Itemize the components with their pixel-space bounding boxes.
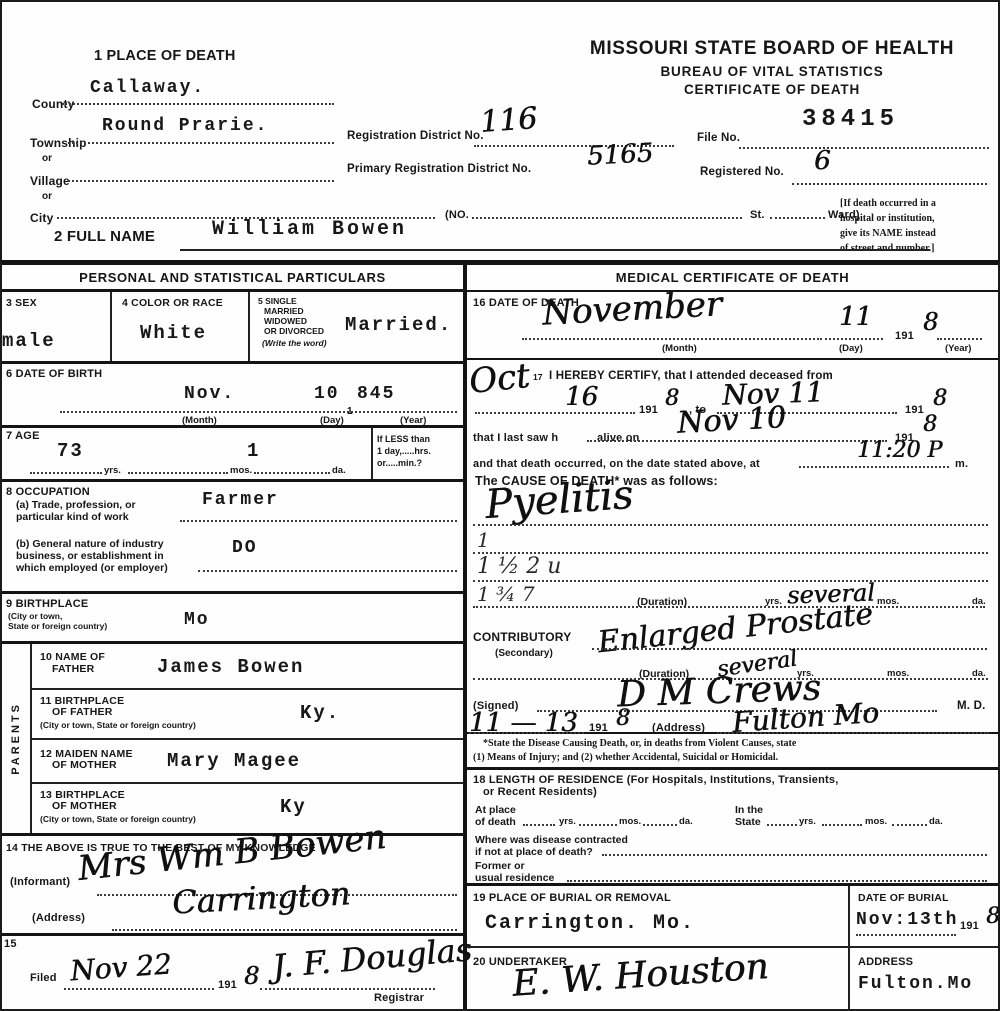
death-year-line (937, 338, 982, 340)
village-line (68, 180, 334, 182)
filed-number: 15 (4, 938, 17, 950)
occupation-a-line2: particular kind of work (16, 511, 129, 523)
street-no-line (472, 217, 742, 219)
in-state-yrs-line (767, 824, 797, 826)
less-than-line1: If LESS than (377, 434, 430, 444)
father-birthplace-hint: (City or town, State or foreign country) (40, 720, 196, 730)
in-state-mos-caption: mos. (865, 816, 887, 827)
death-month-caption: (Month) (662, 343, 697, 354)
father-name-row: 10 NAME OF FATHER James Bowen (32, 644, 463, 690)
burial-place-value: Carrington. Mo. (485, 912, 695, 935)
medical-title: MEDICAL CERTIFICATE OF DEATH (467, 265, 998, 292)
physician-address-label: (Address) (652, 722, 705, 734)
contributory-block: CONTRIBUTORY Enlarged Prostate (Secondar… (467, 614, 998, 734)
age-row: 7 AGE 73 1 yrs. mos. da. If LESS than 1 … (2, 428, 463, 482)
birth-day-value: 10 (314, 384, 340, 404)
birth-month-value: Nov. (184, 384, 235, 404)
informant-address-label: (Address) (32, 912, 85, 924)
registered-no-line (792, 183, 987, 185)
former-residence-line (567, 880, 987, 882)
filed-date-handwritten: Nov 22 (69, 950, 172, 985)
cause-duration-da-caption: da. (972, 596, 986, 607)
death-month-line (522, 338, 822, 340)
cause-line-1 (473, 524, 988, 526)
death-day-line (825, 338, 883, 340)
full-name-line (180, 249, 930, 251)
marital-value: Married. (345, 314, 452, 336)
at-place-da-caption: da. (679, 816, 693, 827)
street-no-label: (NO. (445, 209, 469, 221)
signed-year-handwritten: 8 (616, 708, 630, 730)
parents-rows: 10 NAME OF FATHER James Bowen 11 BIRTHPL… (32, 644, 463, 833)
in-state-line1: In the (735, 804, 763, 816)
age-months-line (128, 472, 228, 474)
township-value: Round Prarie. (102, 116, 268, 136)
informant-address-line (112, 929, 457, 931)
registered-no-label: Registered No. (700, 166, 784, 178)
cause-scribble-3: 1 ¾ 7 (477, 584, 535, 604)
attended-from-day-handwritten: 16 (565, 384, 598, 410)
burial-year-printed: 191 (960, 920, 979, 932)
burial-block: 19 PLACE OF BURIAL OR REMOVAL Carrington… (467, 886, 998, 1011)
birthplace-hint-line2: State or foreign country) (8, 621, 107, 631)
cause-of-death-block: The CAUSE OF DEATH* was as follows: Pyel… (467, 472, 998, 614)
death-year-handwritten: 8 (923, 310, 938, 334)
burial-place-cell: 19 PLACE OF BURIAL OR REMOVAL Carrington… (467, 886, 848, 946)
death-certificate-page: 1 PLACE OF DEATH County Callaway. Townsh… (0, 0, 1000, 1011)
birth-month-caption: (Month) (182, 415, 217, 426)
occupation-b-value: DO (232, 538, 258, 558)
birth-year-caption: (Year) (400, 415, 426, 426)
race-label: 4 COLOR OR RACE (122, 297, 223, 309)
date-of-birth-label: 6 DATE OF BIRTH (6, 368, 102, 380)
cause-scribble-2: 1 ½ 2 u (477, 556, 561, 578)
org-title: MISSOURI STATE BOARD OF HEALTH (547, 38, 997, 60)
hospital-note-line3: give its NAME instead (840, 226, 936, 241)
or-label-2: or (42, 191, 52, 202)
burial-place-label: 19 PLACE OF BURIAL OR REMOVAL (473, 892, 671, 904)
at-place-line2: of death (475, 816, 516, 828)
burial-date-value: Nov:13th (856, 910, 958, 930)
marital-label-line2: MARRIED (264, 306, 304, 316)
occupation-a-line1: (a) Trade, profession, or (16, 499, 136, 511)
footnote-block: *State the Disease Causing Death, or, in… (467, 734, 998, 770)
occupation-b-line1: (b) General nature of industry (16, 538, 164, 550)
age-days-line (254, 472, 330, 474)
burial-date-line (856, 934, 956, 936)
last-saw-label2: alive on (597, 432, 640, 444)
filed-date-line (64, 988, 214, 990)
occupation-label: 8 OCCUPATION (6, 486, 90, 498)
footnote-line2: (1) Means of Injury; and (2) whether Acc… (473, 752, 778, 763)
in-state-mos-line (822, 824, 862, 826)
cause-scribble-1: 1 (477, 530, 490, 550)
certify-number: 17 (533, 372, 542, 382)
contributory-mos-caption: mos. (887, 668, 909, 679)
contributory-da-caption: da. (972, 668, 986, 679)
birth-year-value: 845 (357, 384, 395, 404)
file-no-label: File No. (697, 132, 740, 144)
death-occurred-end-label: m. (955, 458, 968, 470)
last-saw-year-handwritten: 8 (923, 414, 937, 436)
md-label: M. D. (957, 700, 985, 712)
village-label: Village (30, 174, 70, 188)
main-section: PERSONAL AND STATISTICAL PARTICULARS 3 S… (2, 265, 998, 1011)
filed-block: 15 Filed Nov 22 191 8 J. F. Douglas Regi… (2, 936, 463, 1011)
township-line (68, 142, 334, 144)
death-day-caption: (Day) (839, 343, 863, 354)
undertaker-address-value: Fulton.Mo (858, 974, 973, 994)
registrar-line (260, 988, 435, 990)
undertaker-address-label: ADDRESS (858, 956, 913, 968)
street-label: St. (750, 209, 765, 221)
in-state-yrs-caption: yrs. (799, 816, 816, 827)
occupation-a-value: Farmer (202, 490, 279, 510)
occupation-a-line (180, 520, 457, 522)
last-saw-label1: that I last saw h (473, 432, 558, 444)
burial-date-label: DATE OF BURIAL (858, 892, 949, 904)
registrar-signature: J. F. Douglas (271, 933, 473, 982)
death-day-handwritten: 11 (839, 304, 872, 330)
birthplace-value: Mo (184, 610, 210, 630)
death-time-line (799, 466, 949, 468)
age-years-caption: yrs. (104, 465, 121, 476)
street-line (770, 217, 825, 219)
attended-to-year-printed: 191 (905, 404, 924, 416)
at-place-line1: At place (475, 804, 516, 816)
burial-row2: 20 UNDERTAKER E. W. Houston ADDRESS Fult… (467, 948, 998, 1011)
mother-birthplace-hint: (City or town, State or foreign country) (40, 814, 196, 824)
or-label-1: or (42, 153, 52, 164)
date-of-birth-row: 6 DATE OF BIRTH Nov. 10 1 845 (Month) (D… (2, 364, 463, 428)
attended-from-month-handwritten: Oct (467, 359, 531, 399)
filed-year-printed: 191 (218, 979, 237, 991)
former-residence-line2: usual residence (475, 872, 554, 884)
footnote-line1: *State the Disease Causing Death, or, in… (483, 738, 796, 749)
doc-type-title: CERTIFICATE OF DEATH (547, 82, 997, 97)
father-birthplace-row: 11 BIRTHPLACE OF FATHER (City or town, S… (32, 690, 463, 740)
in-state-da-line (892, 824, 927, 826)
county-line (62, 103, 334, 105)
at-place-mos-caption: mos. (619, 816, 641, 827)
last-saw-date-handwritten: Nov 10 (676, 403, 786, 439)
parents-block: PARENTS 10 NAME OF FATHER James Bowen 11… (2, 644, 463, 836)
contributory-label: CONTRIBUTORY (473, 630, 571, 644)
occupation-b-line2: business, or establishment in (16, 550, 164, 562)
birthplace-label: 9 BIRTHPLACE (6, 598, 88, 610)
age-years-line (30, 472, 102, 474)
hospital-note: [If death occurred in a hospital or inst… (840, 196, 936, 256)
cause-line-3 (473, 580, 988, 582)
in-state-line2: State (735, 816, 761, 828)
registration-district-value: 116 (479, 104, 538, 138)
mother-name-value: Mary Magee (167, 750, 301, 772)
file-no-line (739, 147, 989, 149)
mother-birthplace-value: Ky (280, 796, 307, 818)
attended-to-year-handwritten: 8 (933, 388, 947, 410)
age-less-than-cell: If LESS than 1 day,.....hrs. or.....min.… (371, 428, 463, 479)
registration-district-label: Registration District No. (347, 130, 484, 142)
death-month-handwritten: November (541, 287, 722, 330)
father-name-label-line2: FATHER (52, 663, 94, 675)
at-place-mos-line (579, 824, 617, 826)
age-months-caption: mos. (230, 465, 252, 476)
undertaker-cell: 20 UNDERTAKER E. W. Houston (467, 948, 848, 1011)
date-of-death-row: 16 DATE OF DEATH November 11 191 8 (Mont… (467, 292, 998, 360)
secondary-label: (Secondary) (495, 648, 553, 659)
medical-column: MEDICAL CERTIFICATE OF DEATH 16 DATE OF … (467, 265, 998, 1011)
marital-cell: 5 SINGLE MARRIED WIDOWED OR DIVORCED (Wr… (250, 292, 463, 361)
top-section: 1 PLACE OF DEATH County Callaway. Townsh… (2, 2, 998, 265)
cause-of-death-value: Pyelitis (484, 475, 635, 525)
hospital-note-line1: [If death occurred in a (840, 196, 936, 211)
informant-address-signature: Carrington (171, 877, 351, 918)
informant-label: (Informant) (10, 876, 70, 888)
city-label: City (30, 211, 53, 225)
death-occurred-label: and that death occurred, on the date sta… (473, 458, 760, 470)
occupation-row: 8 OCCUPATION (a) Trade, profession, or p… (2, 482, 463, 594)
birthplace-row: 9 BIRTHPLACE (City or town, State or for… (2, 594, 463, 644)
attended-from-year-printed: 191 (639, 404, 658, 416)
race-cell: 4 COLOR OR RACE White (110, 292, 250, 361)
age-months-value: 1 (247, 440, 260, 462)
signed-year-printed: 191 (589, 722, 608, 734)
full-name-value: William Bowen (212, 218, 407, 241)
informant-block: 14 THE ABOVE IS TRUE TO THE BEST OF MY K… (2, 836, 463, 936)
father-birthplace-value: Ky. (300, 702, 340, 724)
occupation-b-line3: which employed (or employer) (16, 562, 168, 574)
hospital-note-line2: hospital or institution, (840, 211, 936, 226)
less-than-line2: 1 day,.....hrs. (377, 446, 431, 456)
at-place-yrs-caption: yrs. (559, 816, 576, 827)
full-name-label: 2 FULL NAME (54, 228, 155, 245)
file-no-value: 38415 (802, 106, 899, 133)
cause-duration-line (473, 606, 985, 608)
burial-row1: 19 PLACE OF BURIAL OR REMOVAL Carrington… (467, 886, 998, 948)
mother-birthplace-label-line2: OF MOTHER (52, 800, 117, 812)
birthplace-hint-line1: (City or town, (8, 611, 62, 621)
filed-label: Filed (30, 972, 57, 984)
certify-block: Oct 17 I HEREBY CERTIFY, that I attended… (467, 360, 998, 472)
birth-day-caption: (Day) (320, 415, 344, 426)
less-than-line3: or.....min.? (377, 458, 422, 468)
masthead: MISSOURI STATE BOARD OF HEALTH BUREAU OF… (547, 38, 997, 97)
mother-birthplace-row: 13 BIRTHPLACE OF MOTHER (City or town, S… (32, 784, 463, 833)
contracted-line (602, 854, 987, 856)
mother-name-label-line2: OF MOTHER (52, 759, 117, 771)
burial-year-handwritten: 8 (986, 906, 1000, 928)
parents-side-strip: PARENTS (2, 644, 32, 833)
residence-label-line1: 18 LENGTH OF RESIDENCE (For Hospitals, I… (473, 774, 838, 786)
father-name-label-line1: 10 NAME OF (40, 651, 105, 663)
marital-label-line4: OR DIVORCED (264, 326, 324, 336)
county-value: Callaway. (90, 78, 205, 98)
age-label: 7 AGE (6, 430, 40, 442)
attended-from-line (475, 412, 635, 414)
former-residence-line1: Former or (475, 860, 525, 872)
burial-date-cell: DATE OF BURIAL Nov:13th 191 8 (848, 886, 998, 946)
marital-hint: (Write the word) (262, 338, 327, 348)
birth-line (60, 411, 457, 413)
primary-district-label: Primary Registration District No. (347, 163, 531, 175)
at-place-yrs-line (523, 824, 555, 826)
occupation-b-line (198, 570, 457, 572)
age-days-caption: da. (332, 465, 346, 476)
place-of-death-heading: 1 PLACE OF DEATH (94, 48, 236, 64)
death-year-printed: 191 (895, 330, 914, 342)
personal-title: PERSONAL AND STATISTICAL PARTICULARS (2, 265, 463, 292)
bureau-title: BUREAU OF VITAL STATISTICS (547, 64, 997, 79)
father-name-value: James Bowen (157, 656, 304, 678)
personal-column: PERSONAL AND STATISTICAL PARTICULARS 3 S… (2, 265, 467, 1011)
sex-race-marital-row: 3 SEX male 4 COLOR OR RACE White 5 SINGL… (2, 292, 463, 364)
parents-side-label: PARENTS (10, 702, 22, 775)
sex-cell: 3 SEX male (2, 292, 110, 361)
father-birthplace-label-line2: OF FATHER (52, 706, 113, 718)
race-value: White (140, 322, 207, 344)
mother-name-row: 12 MAIDEN NAME OF MOTHER Mary Magee (32, 740, 463, 784)
sex-label: 3 SEX (6, 297, 37, 309)
in-state-da-caption: da. (929, 816, 943, 827)
marital-label-line3: WIDOWED (264, 316, 307, 326)
registered-no-value: 6 (814, 148, 831, 174)
primary-district-value: 5165 (586, 140, 653, 169)
age-years-value: 73 (57, 440, 84, 462)
sex-value: male (2, 330, 56, 352)
death-time-handwritten: 11:20 P (857, 440, 942, 462)
residence-block: 18 LENGTH OF RESIDENCE (For Hospitals, I… (467, 770, 998, 886)
contracted-line1: Where was disease contracted (475, 834, 628, 846)
residence-label-line2: or Recent Residents) (483, 786, 597, 798)
filed-year-handwritten: 8 (244, 964, 259, 988)
death-year-caption: (Year) (945, 343, 971, 354)
cause-duration-label: (Duration) (637, 596, 687, 608)
marital-label-line1: 5 SINGLE (258, 296, 297, 306)
last-saw-line (587, 440, 887, 442)
age-main-cell: 7 AGE 73 1 yrs. mos. da. (2, 428, 371, 479)
contracted-line2: if not at place of death? (475, 846, 593, 858)
at-place-da-line (643, 824, 677, 826)
cause-duration-mos-caption: mos. (877, 596, 899, 607)
undertaker-address-cell: ADDRESS Fulton.Mo (848, 948, 998, 1011)
registrar-label: Registrar (374, 992, 424, 1004)
